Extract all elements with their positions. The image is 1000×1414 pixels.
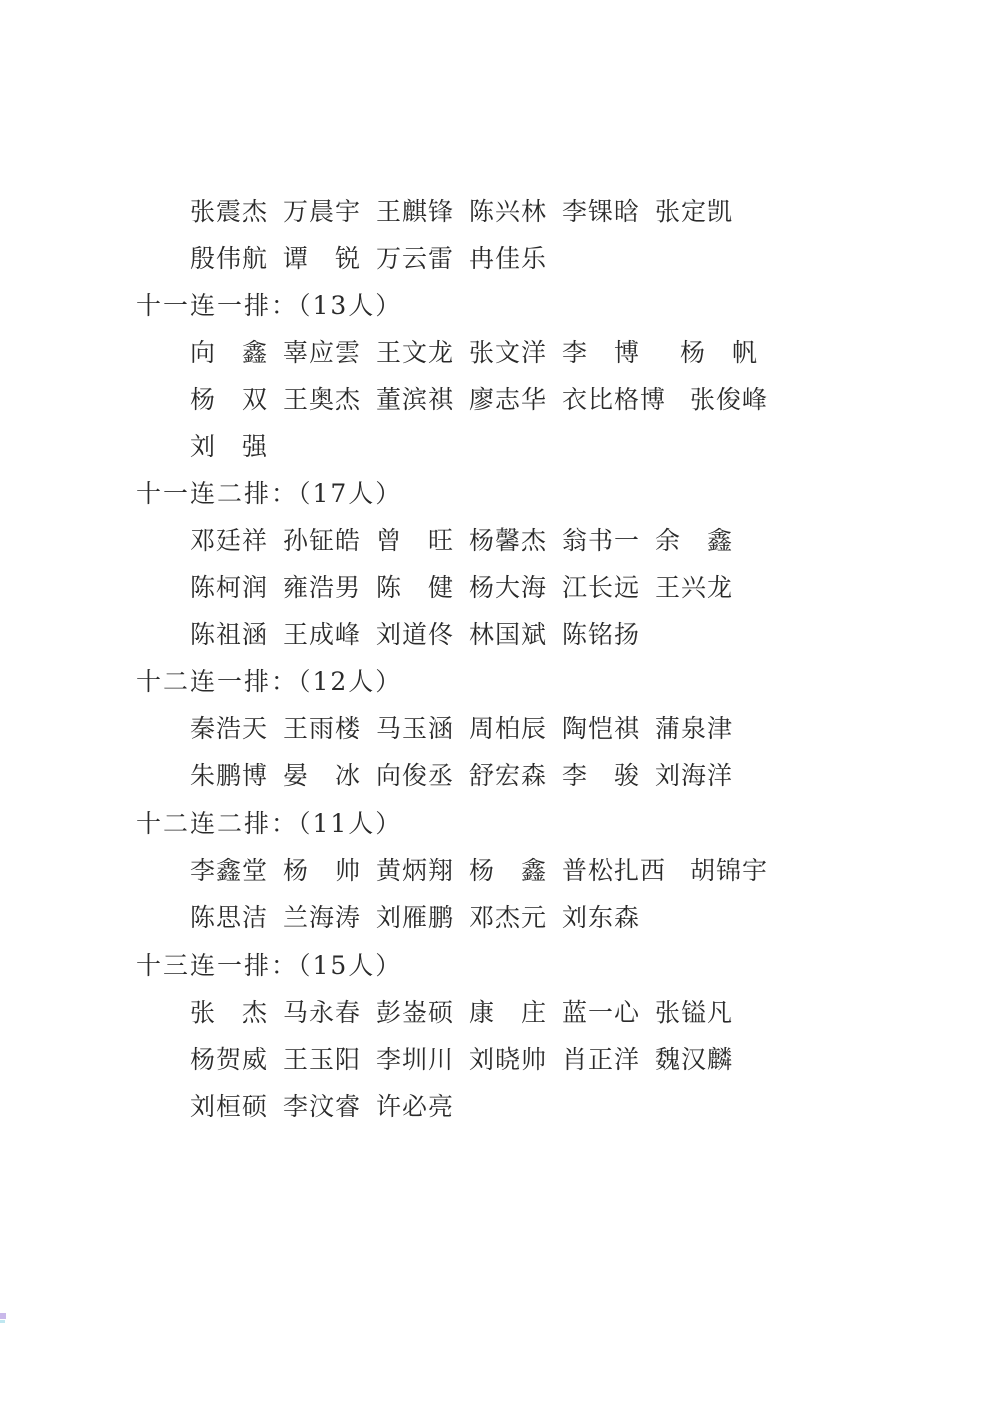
name-row: 陈祖涵 王成峰 刘道佟 林国斌 陈铭扬: [190, 615, 655, 655]
name-row: 向 鑫 辜应雲 王文龙 张文洋 李 博 杨 帆: [190, 333, 773, 373]
person-name: 辜应雲: [283, 333, 376, 373]
name-row: 陈思洁 兰海涛 刘雁鹏 邓杰元 刘东森: [190, 898, 655, 938]
name-row: 朱鹏博 晏 冰 向俊丞 舒宏森 李 骏 刘海洋: [190, 756, 748, 796]
person-name: 李 骏: [562, 756, 655, 796]
person-name: 马永春: [283, 993, 376, 1033]
person-name: 胡锦宇: [690, 851, 783, 891]
person-name: 万晨宇: [283, 192, 376, 232]
person-name: 杨 鑫: [469, 851, 562, 891]
person-name: 王文龙: [376, 333, 469, 373]
person-name: 李汶睿: [283, 1087, 376, 1127]
person-name: 杨贺威: [190, 1040, 283, 1080]
person-name: 蒲泉津: [655, 709, 748, 749]
person-name: 张镒凡: [655, 993, 748, 1033]
person-name: 杨大海: [469, 568, 562, 608]
person-name: 康 庄: [469, 993, 562, 1033]
person-name: 殷伟航: [190, 239, 283, 279]
person-name: 杨 帆: [680, 333, 773, 373]
person-name: 刘桓硕: [190, 1087, 283, 1127]
person-name: 秦浩天: [190, 709, 283, 749]
name-row: 杨贺威 王玉阳 李圳川 刘晓帅 肖正洋 魏汉麟: [190, 1040, 748, 1080]
section-heading: 十三连一排：（15人）: [136, 946, 402, 986]
person-name: 孙钲皓: [283, 521, 376, 561]
person-name: 向 鑫: [190, 333, 283, 373]
name-row: 殷伟航 谭 锐 万云雷 冉佳乐: [190, 239, 562, 279]
person-name: 陈祖涵: [190, 615, 283, 655]
person-name: 朱鹏博: [190, 756, 283, 796]
person-name: 马玉涵: [376, 709, 469, 749]
name-row: 刘 强: [190, 427, 283, 467]
person-name: 邓杰元: [469, 898, 562, 938]
person-name: 张 杰: [190, 993, 283, 1033]
person-name: 张文洋: [469, 333, 562, 373]
person-name: 万云雷: [376, 239, 469, 279]
person-name: 刘 强: [190, 427, 283, 467]
person-name: 林国斌: [469, 615, 562, 655]
person-name: 王兴龙: [655, 568, 748, 608]
person-name: 晏 冰: [283, 756, 376, 796]
person-name: 董滨祺: [376, 380, 469, 420]
person-name: 杨 帅: [283, 851, 376, 891]
name-row: 张 杰 马永春 彭崟硕 康 庄 蓝一心 张镒凡: [190, 993, 748, 1033]
person-name: 翁书一: [562, 521, 655, 561]
person-name: 刘海洋: [655, 756, 748, 796]
person-name: 王麒锋: [376, 192, 469, 232]
name-row: 陈柯润 雍浩男 陈 健 杨大海 江长远 王兴龙: [190, 568, 748, 608]
scan-edge-mark: [0, 1313, 6, 1319]
person-name: 刘东森: [562, 898, 655, 938]
person-name: 曾 旺: [376, 521, 469, 561]
person-name: 王雨楼: [283, 709, 376, 749]
person-name: 陈思洁: [190, 898, 283, 938]
name-row: 秦浩天 王雨楼 马玉涵 周柏辰 陶恺祺 蒲泉津: [190, 709, 748, 749]
person-name: 江长远: [562, 568, 655, 608]
person-name: 陈柯润: [190, 568, 283, 608]
person-name: 邓廷祥: [190, 521, 283, 561]
person-name: 刘晓帅: [469, 1040, 562, 1080]
person-name: 向俊丞: [376, 756, 469, 796]
name-row: 邓廷祥 孙钲皓 曾 旺 杨馨杰 翁书一 余 鑫: [190, 521, 748, 561]
person-name: 廖志华: [469, 380, 562, 420]
person-name: 周柏辰: [469, 709, 562, 749]
person-name: 冉佳乐: [469, 239, 562, 279]
person-name: 杨馨杰: [469, 521, 562, 561]
person-name: 陈铭扬: [562, 615, 655, 655]
person-name: 黄炳翔: [376, 851, 469, 891]
person-name: 张定凯: [655, 192, 748, 232]
person-name: 张震杰: [190, 192, 283, 232]
person-name: 余 鑫: [655, 521, 748, 561]
section-heading: 十一连一排：（13人）: [136, 286, 402, 326]
scan-edge-mark: [0, 1320, 5, 1323]
person-name: 衣比格博: [562, 380, 690, 420]
person-name: 魏汉麟: [655, 1040, 748, 1080]
person-name: 李 博: [562, 333, 680, 373]
person-name: 张俊峰: [690, 380, 783, 420]
person-name: 陶恺祺: [562, 709, 655, 749]
person-name: 李鑫堂: [190, 851, 283, 891]
person-name: 李圳川: [376, 1040, 469, 1080]
person-name: 王奥杰: [283, 380, 376, 420]
name-row: 张震杰 万晨宇 王麒锋 陈兴林 李锞晗 张定凯: [190, 192, 748, 232]
person-name: 雍浩男: [283, 568, 376, 608]
name-row: 李鑫堂 杨 帅 黄炳翔 杨 鑫 普松扎西 胡锦宇: [190, 851, 783, 891]
person-name: 蓝一心: [562, 993, 655, 1033]
person-name: 刘道佟: [376, 615, 469, 655]
person-name: 杨 双: [190, 380, 283, 420]
person-name: 普松扎西: [562, 851, 690, 891]
person-name: 许必亮: [376, 1087, 469, 1127]
document-page: 张震杰 万晨宇 王麒锋 陈兴林 李锞晗 张定凯 殷伟航 谭 锐 万云雷 冉佳乐 …: [0, 0, 1000, 1414]
section-heading: 十二连一排：（12人）: [136, 662, 402, 702]
person-name: 王玉阳: [283, 1040, 376, 1080]
person-name: 舒宏森: [469, 756, 562, 796]
person-name: 刘雁鹏: [376, 898, 469, 938]
person-name: 李锞晗: [562, 192, 655, 232]
person-name: 陈兴林: [469, 192, 562, 232]
name-row: 杨 双 王奥杰 董滨祺 廖志华 衣比格博 张俊峰: [190, 380, 783, 420]
person-name: 兰海涛: [283, 898, 376, 938]
person-name: 彭崟硕: [376, 993, 469, 1033]
person-name: 王成峰: [283, 615, 376, 655]
section-heading: 十一连二排：（17人）: [136, 474, 402, 514]
person-name: 陈 健: [376, 568, 469, 608]
name-row: 刘桓硕 李汶睿 许必亮: [190, 1087, 469, 1127]
person-name: 肖正洋: [562, 1040, 655, 1080]
section-heading: 十二连二排：（11人）: [136, 804, 402, 844]
person-name: 谭 锐: [283, 239, 376, 279]
